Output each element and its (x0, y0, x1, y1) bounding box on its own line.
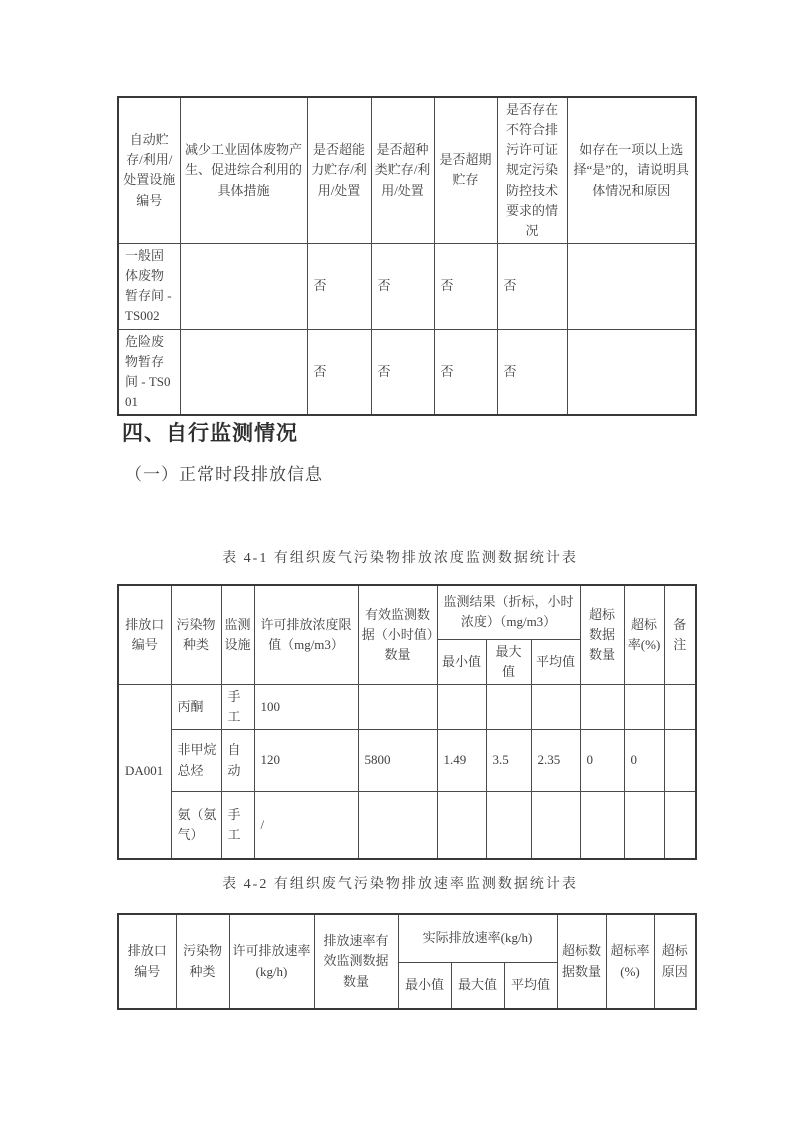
cell-facility-id: 一般固体废物暂存间 - TS002 (118, 243, 180, 329)
cell-exceed-count (580, 684, 624, 729)
header-max: 最大值 (486, 639, 531, 684)
cell-exceed-rate (624, 684, 664, 729)
cell-max (486, 684, 531, 729)
cell-exceed-rate: 0 (624, 730, 664, 792)
cell-non-compliance: 否 (497, 243, 567, 329)
cell-remark (664, 684, 696, 729)
cell-remark (664, 792, 696, 859)
cell-explanation (567, 329, 696, 415)
cell-avg: 2.35 (531, 730, 580, 792)
header-outlet-id: 排放口编号 (118, 585, 171, 684)
section-title: 四、自行监测情况 (122, 417, 298, 447)
table-4-2-caption: 表 4-2 有组织废气污染物排放速率监测数据统计表 (0, 873, 800, 893)
table-row: DA001 丙酮 手工 100 (118, 684, 696, 729)
cell-min (437, 792, 486, 859)
cell-over-capacity: 否 (307, 243, 371, 329)
cell-min: 1.49 (437, 730, 486, 792)
header-outlet-id: 排放口编号 (118, 914, 176, 1009)
cell-permit-limit: 100 (254, 684, 358, 729)
solid-waste-header-row: 自动贮存/利用/处置设施编号 减少工业固体废物产生、促进综合利用的具体措施 是否… (118, 97, 696, 243)
solid-waste-facility-table: 自动贮存/利用/处置设施编号 减少工业固体废物产生、促进综合利用的具体措施 是否… (117, 96, 697, 416)
cell-min (437, 684, 486, 729)
cell-over-period: 否 (434, 329, 497, 415)
concentration-header-row-1: 排放口编号 污染物种类 监测设施 许可排放浓度限值（mg/m3） 有效监测数据（… (118, 585, 696, 639)
header-exceed-count: 超标数据数量 (557, 914, 606, 1009)
cell-non-compliance: 否 (497, 329, 567, 415)
cell-permit-limit: 120 (254, 730, 358, 792)
document-page: 自动贮存/利用/处置设施编号 减少工业固体废物产生、促进综合利用的具体措施 是否… (0, 0, 800, 1131)
header-exceed-rate: 超标率(%) (606, 914, 654, 1009)
header-exceed-count: 超标数据数量 (580, 585, 624, 684)
cell-avg (531, 792, 580, 859)
header-avg: 平均值 (504, 962, 557, 1009)
cell-max (486, 792, 531, 859)
header-exceed-rate: 超标率(%) (624, 585, 664, 684)
header-result-group: 监测结果（折标，小时浓度）（mg/m3） (437, 585, 580, 639)
cell-facility-id: 危险废物暂存间 - TS001 (118, 329, 180, 415)
header-pollutant: 污染物种类 (176, 914, 229, 1009)
cell-over-period: 否 (434, 243, 497, 329)
header-over-period: 是否超期贮存 (434, 97, 497, 243)
header-min: 最小值 (437, 639, 486, 684)
cell-exceed-count: 0 (580, 730, 624, 792)
header-remark: 备注 (664, 585, 696, 684)
cell-outlet-id: DA001 (118, 684, 171, 858)
cell-monitor-method: 手工 (221, 684, 254, 729)
header-monitor-method: 监测设施 (221, 585, 254, 684)
header-exceed-reason: 超标原因 (654, 914, 696, 1009)
cell-valid-count (358, 684, 437, 729)
table-4-1-caption: 表 4-1 有组织废气污染物排放浓度监测数据统计表 (0, 547, 800, 567)
header-min: 最小值 (398, 962, 451, 1009)
concentration-monitoring-table: 排放口编号 污染物种类 监测设施 许可排放浓度限值（mg/m3） 有效监测数据（… (117, 584, 697, 860)
subsection-title: （一）正常时段排放信息 (125, 460, 323, 485)
cell-pollutant: 丙酮 (171, 684, 221, 729)
cell-exceed-rate (624, 792, 664, 859)
cell-explanation (567, 243, 696, 329)
table-row: 氨（氨气） 手工 / (118, 792, 696, 859)
cell-avg (531, 684, 580, 729)
header-over-capacity: 是否超能力贮存/利用/处置 (307, 97, 371, 243)
cell-remark (664, 730, 696, 792)
cell-exceed-count (580, 792, 624, 859)
cell-permit-limit: / (254, 792, 358, 859)
header-measures: 减少工业固体废物产生、促进综合利用的具体措施 (180, 97, 307, 243)
cell-over-type: 否 (371, 329, 434, 415)
cell-pollutant: 氨（氨气） (171, 792, 221, 859)
header-valid-count: 排放速率有效监测数据数量 (314, 914, 398, 1009)
header-valid-count: 有效监测数据（小时值）数量 (358, 585, 437, 684)
cell-valid-count: 5800 (358, 730, 437, 792)
cell-over-capacity: 否 (307, 329, 371, 415)
header-pollutant: 污染物种类 (171, 585, 221, 684)
header-permit-rate: 许可排放速率(kg/h) (229, 914, 314, 1009)
header-avg: 平均值 (531, 639, 580, 684)
cell-monitor-method: 自动 (221, 730, 254, 792)
cell-measures (180, 243, 307, 329)
header-over-type: 是否超种类贮存/利用/处置 (371, 97, 434, 243)
table-row: 非甲烷总烃 自动 120 5800 1.49 3.5 2.35 0 0 (118, 730, 696, 792)
header-explanation: 如存在一项以上选择“是”的，请说明具体情况和原因 (567, 97, 696, 243)
cell-monitor-method: 手工 (221, 792, 254, 859)
table-row: 危险废物暂存间 - TS001 否 否 否 否 (118, 329, 696, 415)
header-max: 最大值 (451, 962, 504, 1009)
cell-pollutant: 非甲烷总烃 (171, 730, 221, 792)
rate-header-row-1: 排放口编号 污染物种类 许可排放速率(kg/h) 排放速率有效监测数据数量 实际… (118, 914, 696, 962)
table-row: 一般固体废物暂存间 - TS002 否 否 否 否 (118, 243, 696, 329)
cell-max: 3.5 (486, 730, 531, 792)
header-permit-limit: 许可排放浓度限值（mg/m3） (254, 585, 358, 684)
header-non-compliance: 是否存在不符合排污许可证规定污染防控技术要求的情况 (497, 97, 567, 243)
cell-valid-count (358, 792, 437, 859)
cell-measures (180, 329, 307, 415)
cell-over-type: 否 (371, 243, 434, 329)
rate-monitoring-table: 排放口编号 污染物种类 许可排放速率(kg/h) 排放速率有效监测数据数量 实际… (117, 913, 697, 1010)
header-actual-rate-group: 实际排放速率(kg/h) (398, 914, 557, 962)
header-facility-id: 自动贮存/利用/处置设施编号 (118, 97, 180, 243)
